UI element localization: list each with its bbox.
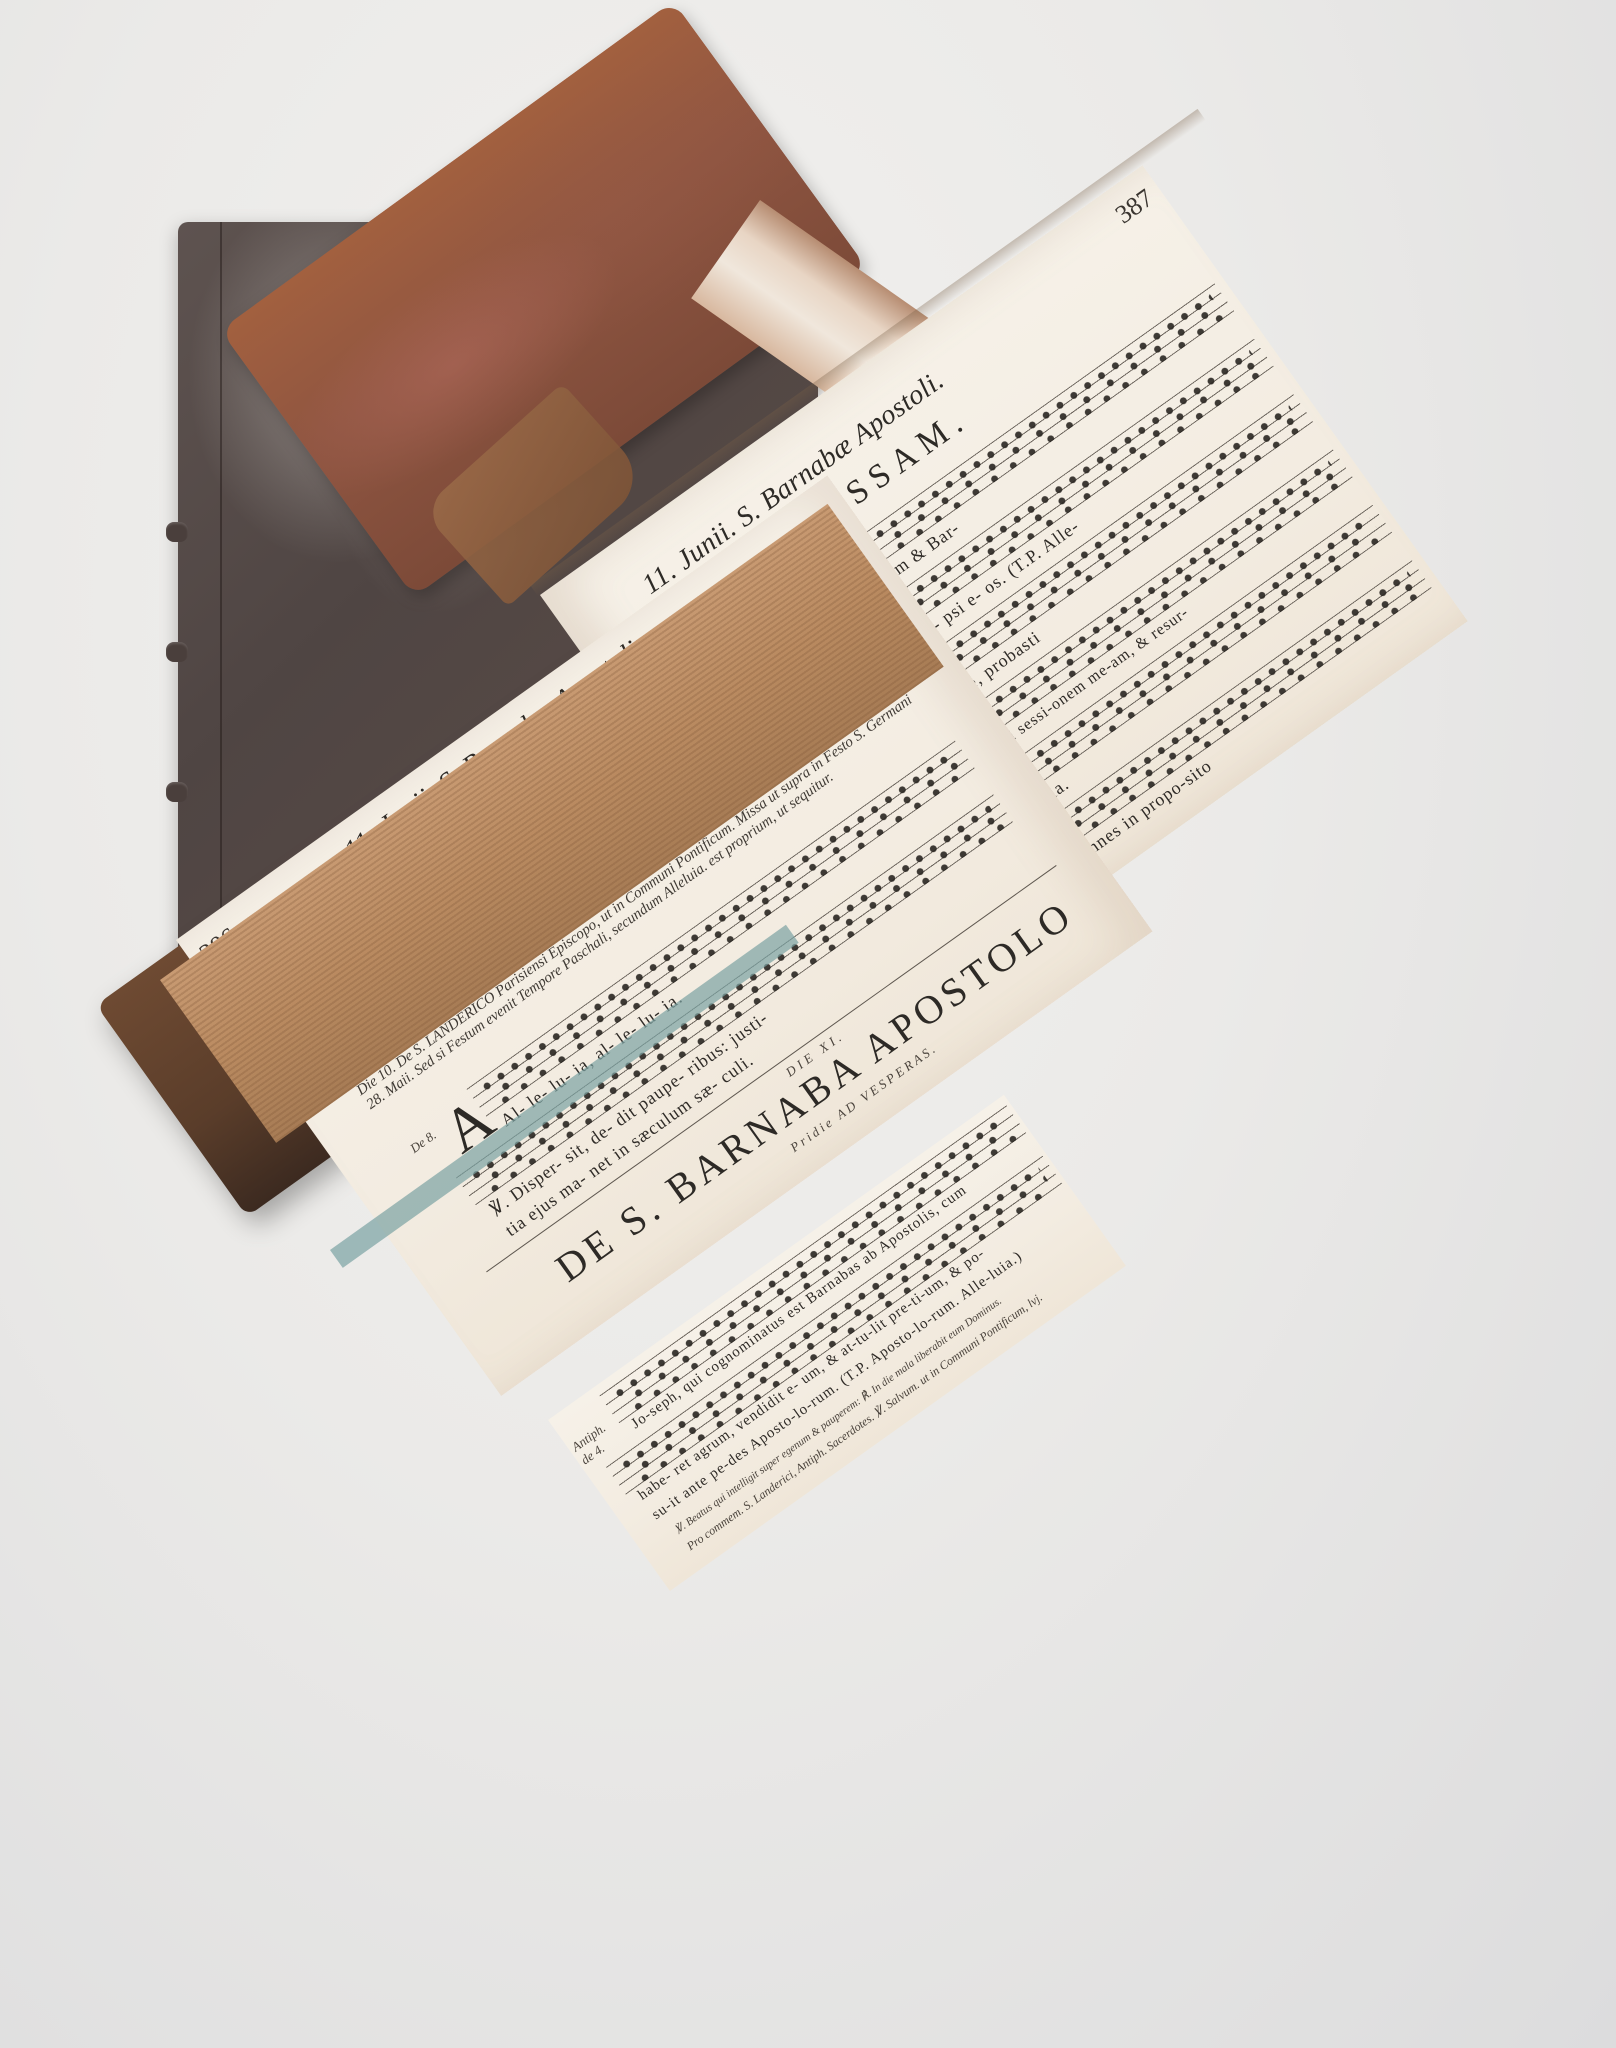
spine-band bbox=[166, 522, 188, 542]
cover-blind-rule bbox=[220, 222, 222, 982]
spine-band bbox=[166, 642, 188, 662]
spine-band bbox=[166, 782, 188, 802]
page-number: 387 bbox=[1110, 183, 1159, 230]
mode-label: De 8. bbox=[407, 1127, 439, 1156]
